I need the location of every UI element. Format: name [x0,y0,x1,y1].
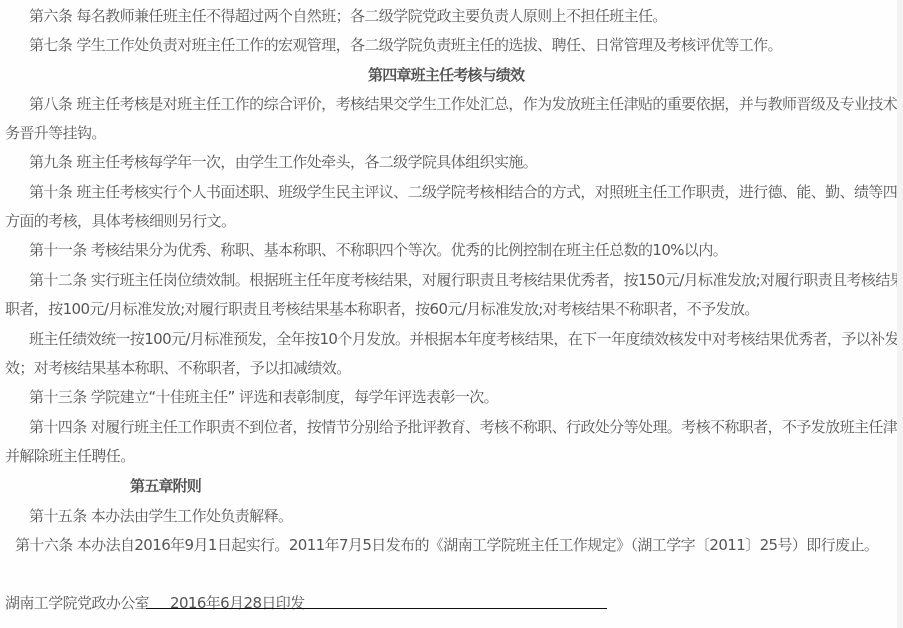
performance-pay-cont: 效；对考核结果基本称职、不称职者，予以扣减绩效。 [5,358,890,378]
performance-pay-paragraph: 班主任绩效统一按100元/月标准预发，全年按10个月发放。并根据本年度考核结果，… [29,329,903,349]
article-12: 第十二条 实行班主任岗位绩效制。根据班主任年度考核结果，对履行职责且考核结果优秀… [29,270,903,290]
article-16: 第十六条 本办法自2016年9月1日起实行。2011年7月5日发布的《湖南工学院… [15,535,900,555]
article-11: 第十一条 考核结果分为优秀、称职、基本称职、不称职四个等次。优秀的比例控制在班主… [29,240,903,260]
article-14-cont: 并解除班主任聘任。 [5,446,890,466]
article-9: 第九条 班主任考核每学年一次，由学生工作处牵头，各二级学院具体组织实施。 [29,152,903,172]
article-14: 第十四条 对履行班主任工作职责不到位者，按情节分别给予批评教育、考核不称职、行政… [29,417,903,437]
footer-date: 2016年6月28日印发 [170,593,903,613]
article-13: 第十三条 学院建立“十佳班主任” 评选和表彰制度，每学年评选表彰一次。 [29,387,903,407]
article-10-cont: 方面的考核，具体考核细则另行文。 [5,211,890,231]
chapter-4-heading: 第四章班主任考核与绩效 [368,65,903,85]
document-page: 第六条 每名教师兼任班主任不得超过两个自然班；各二级学院党政主要负责人原则上不担… [0,0,897,628]
article-6: 第六条 每名教师兼任班主任不得超过两个自然班；各二级学院党政主要负责人原则上不担… [29,6,903,26]
vertical-scrollbar[interactable] [897,0,903,628]
article-15: 第十五条 本办法由学生工作处负责解释。 [29,506,903,526]
chapter-5-heading: 第五章附则 [130,476,903,496]
article-12-cont: 职者，按100元/月标准发放;对履行职责且考核结果基本称职者，按60元/月标准发… [5,299,890,319]
article-8-cont: 务晋升等挂钩。 [5,123,890,143]
article-7: 第七条 学生工作处负责对班主任工作的宏观管理，各二级学院负责班主任的选拔、聘任、… [29,35,903,55]
footer-rule [146,608,607,609]
article-8: 第八条 班主任考核是对班主任工作的综合评价，考核结果交学生工作处汇总，作为发放班… [29,94,903,114]
article-10: 第十条 班主任考核实行个人书面述职、班级学生民主评议、二级学院考核相结合的方式，… [29,182,903,202]
